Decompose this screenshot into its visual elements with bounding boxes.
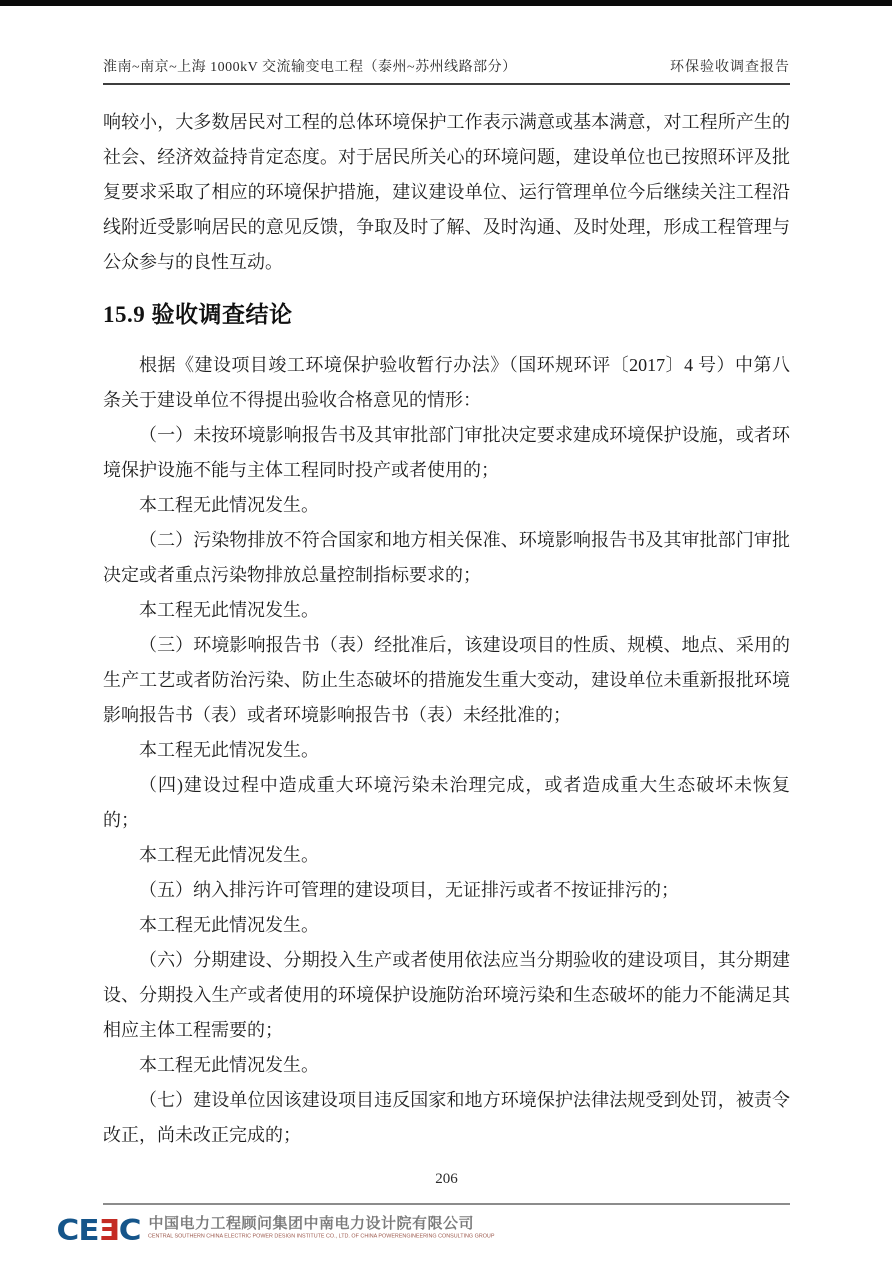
company-logo: CEƎC 中国电力工程顾问集团中南电力设计院有限公司 CENTRAL SOUTH… (57, 1214, 790, 1248)
clause-7-paragraph: （七）建设单位因该建设项目违反国家和地方环境保护法律法规受到处罚，被责令改正，尚… (103, 1083, 790, 1153)
logo-letter: E (78, 1214, 98, 1247)
logo-letter: Ǝ (99, 1214, 119, 1247)
document-body: 响较小，大多数居民对工程的总体环境保护工作表示满意或基本满意，对工程所产生的社会… (103, 105, 790, 1153)
clause-6-result: 本工程无此情况发生。 (103, 1048, 790, 1083)
page-number: 206 (103, 1171, 790, 1188)
clause-2-result: 本工程无此情况发生。 (103, 593, 790, 628)
company-logo-text: 中国电力工程顾问集团中南电力设计院有限公司 CENTRAL SOUTHERN C… (148, 1214, 790, 1245)
section-heading: 15.9 验收调查结论 (103, 300, 790, 330)
clause-3-result: 本工程无此情况发生。 (103, 733, 790, 768)
header-report-title: 环保验收调查报告 (670, 56, 790, 76)
logo-letter: C (57, 1214, 79, 1247)
clause-1-result: 本工程无此情况发生。 (103, 488, 790, 523)
intro-paragraph: 响较小，大多数居民对工程的总体环境保护工作表示满意或基本满意，对工程所产生的社会… (103, 105, 790, 280)
scan-edge-artifact (0, 0, 892, 6)
document-page: 淮南~南京~上海 1000kV 交流输变电工程（泰州~苏州线路部分） 环保验收调… (0, 56, 892, 1248)
clause-6-paragraph: （六）分期建设、分期投入生产或者使用依法应当分期验收的建设项目，其分期建设、分期… (103, 943, 790, 1048)
clause-5-paragraph: （五）纳入排污许可管理的建设项目，无证排污或者不按证排污的； (103, 873, 790, 908)
clause-4-paragraph: （四)建设过程中造成重大环境污染未治理完成，或者造成重大生态破坏未恢复的； (103, 768, 790, 838)
clause-5-result: 本工程无此情况发生。 (103, 908, 790, 943)
page-header: 淮南~南京~上海 1000kV 交流输变电工程（泰州~苏州线路部分） 环保验收调… (103, 56, 790, 85)
company-logo-mark-icon: CEƎC (57, 1215, 141, 1246)
clause-4-result: 本工程无此情况发生。 (103, 838, 790, 873)
legal-basis-paragraph: 根据《建设项目竣工环境保护验收暂行办法》（国环规环评〔2017〕4 号）中第八条… (103, 348, 790, 418)
header-project-title: 淮南~南京~上海 1000kV 交流输变电工程（泰州~苏州线路部分） (103, 56, 517, 76)
company-name-en: CENTRAL SOUTHERN CHINA ELECTRIC POWER DE… (148, 1233, 494, 1239)
company-name-cn: 中国电力工程顾问集团中南电力设计院有限公司 (148, 1214, 790, 1233)
clause-1-paragraph: （一）未按环境影响报告书及其审批部门审批决定要求建成环境保护设施，或者环境保护设… (103, 418, 790, 488)
clause-3-paragraph: （三）环境影响报告书（表）经批准后，该建设项目的性质、规模、地点、采用的生产工艺… (103, 628, 790, 733)
footer-logo-row: CEƎC 中国电力工程顾问集团中南电力设计院有限公司 CENTRAL SOUTH… (103, 1214, 790, 1248)
logo-letter: C (119, 1214, 141, 1247)
footer-divider (103, 1203, 790, 1205)
clause-2-paragraph: （二）污染物排放不符合国家和地方相关保准、环境影响报告书及其审批部门审批决定或者… (103, 523, 790, 593)
